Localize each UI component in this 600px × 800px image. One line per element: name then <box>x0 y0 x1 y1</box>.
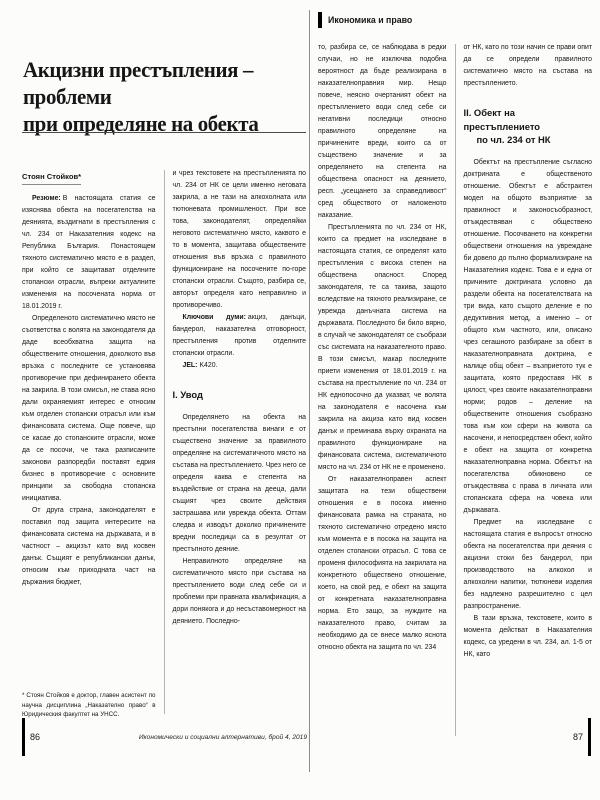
section-name: Икономика и право <box>328 15 412 25</box>
jel-lead: JEL: <box>183 362 198 369</box>
body-paragraph: и чрез текстовете на престъпленията по ч… <box>173 168 307 312</box>
section-marker-bar <box>318 12 322 28</box>
keywords-paragraph: Ключови думи:акциз, данъци, бандерол, на… <box>173 312 307 360</box>
journal-spread: Акцизни престъпления – проблеми при опре… <box>0 0 600 800</box>
body-paragraph: Неправилното определяне на систематичнот… <box>173 556 307 628</box>
abstract-paragraph: Резюме:В настоящата статия се изяснява о… <box>22 193 156 313</box>
section-heading-object: II. Обект на престъплението по чл. 234 о… <box>464 106 593 147</box>
abstract-lead: Резюме: <box>32 195 61 202</box>
section-heading-line2: по чл. 234 от НК <box>464 133 593 147</box>
body-paragraph: Определянето на обекта на престъпни посе… <box>173 412 307 556</box>
column-divider <box>455 44 456 736</box>
section-heading-uvod: I. Увод <box>173 388 307 402</box>
body-paragraph: от НК, като по този начин се прави опит … <box>464 42 593 90</box>
page-number-right: 87 <box>573 718 591 756</box>
column-divider <box>164 170 165 714</box>
right-page-column-2: от НК, като по този начин се прави опит … <box>464 42 593 742</box>
author-name: Стоян Стойков* <box>22 172 156 181</box>
page-divider <box>309 10 310 772</box>
journal-section-header: Икономика и право <box>318 12 412 28</box>
body-paragraph: Престъпленията по чл. 234 от НК, които с… <box>318 222 447 474</box>
body-paragraph: Определеното систематично място не съотв… <box>22 313 156 505</box>
article-title-line1: Акцизни престъпления – проблеми <box>23 56 295 110</box>
page-number-bar <box>588 718 591 756</box>
title-rule <box>22 132 306 133</box>
author-footnote: * Стоян Стойков е доктор, главен асистен… <box>22 683 156 720</box>
page-number-bar <box>22 718 25 756</box>
left-page-columns: Стоян Стойков* Резюме:В настоящата стати… <box>22 168 306 720</box>
jel-line: JEL:K420. <box>173 360 307 372</box>
right-page-column-1: то, разбира се, се наблюдава в редки слу… <box>318 42 447 742</box>
keywords-lead: Ключови думи: <box>183 314 246 321</box>
journal-footer: Икономически и социални алтернативи, бро… <box>90 734 307 741</box>
page-number-left: 86 <box>22 718 40 756</box>
body-paragraph: От друга страна, законодателят е постави… <box>22 505 156 589</box>
section-heading-line1: II. Обект на престъплението <box>464 107 541 132</box>
left-page-column-1: Стоян Стойков* Резюме:В настоящата стати… <box>22 168 156 720</box>
body-paragraph: то, разбира се, се наблюдава в редки слу… <box>318 42 447 222</box>
article-title: Акцизни престъпления – проблеми при опре… <box>23 56 295 137</box>
right-page-columns: то, разбира се, се наблюдава в редки слу… <box>318 42 592 742</box>
body-paragraph: Предмет на изследване с настоящата стати… <box>464 517 593 613</box>
body-paragraph: Обектът на престъпление съгласно доктрин… <box>464 157 593 517</box>
left-page-column-2: и чрез текстовете на престъпленията по ч… <box>173 168 307 720</box>
body-paragraph: От наказателноправен аспект защитата на … <box>318 474 447 654</box>
body-paragraph: В тази връзка, текстовете, които в момен… <box>464 613 593 661</box>
